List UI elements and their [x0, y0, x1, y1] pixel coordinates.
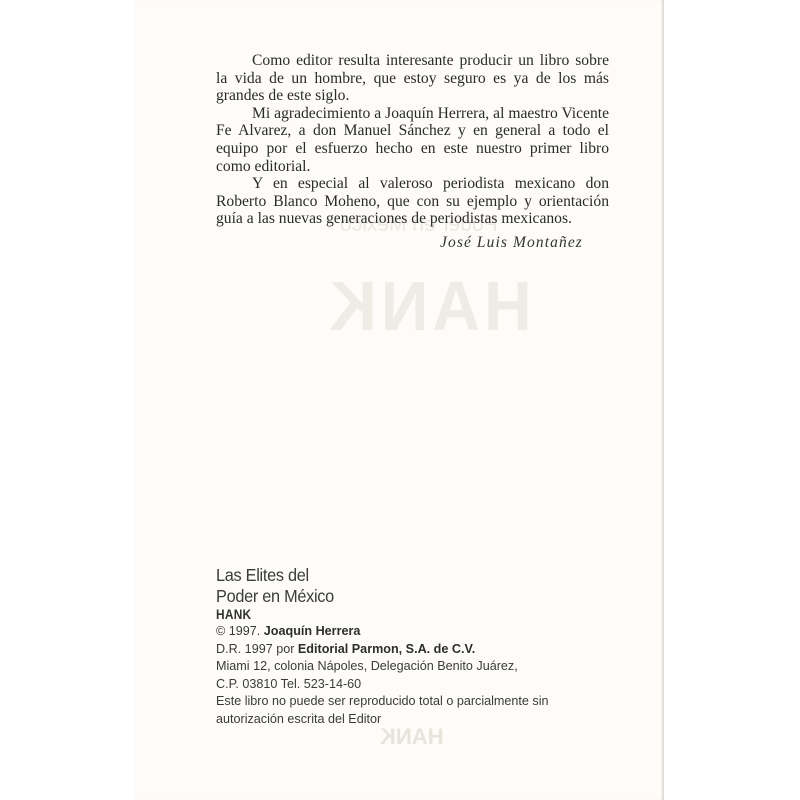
rights-notice-line-1: Este libro no puede ser reproducido tota…: [216, 693, 616, 711]
rights-reserved-line: D.R. 1997 por Editorial Parmon, S.A. de …: [216, 641, 616, 659]
publisher-name: Editorial Parmon, S.A. de C.V.: [298, 642, 475, 656]
copyright-credits: Las Elites del Poder en México HANK © 19…: [216, 565, 616, 728]
foreword-paragraph: Mi agradecimiento a Joaquín Herrera, al …: [216, 105, 609, 175]
book-title-line-2: Poder en México: [216, 586, 588, 607]
copyright-prefix: © 1997.: [216, 624, 264, 638]
foreword-signature: José Luis Montañez: [440, 234, 583, 252]
rights-notice-line-2: autorización escrita del Editor: [216, 711, 616, 729]
copyright-holder: Joaquín Herrera: [264, 624, 361, 638]
foreword: Como editor resulta interesante producir…: [216, 52, 609, 228]
address-line-1: Miami 12, colonia Nápoles, Delegación Be…: [216, 658, 616, 676]
address-line-2: C.P. 03810 Tel. 523-14-60: [216, 676, 616, 694]
foreword-paragraph: Y en especial al valeroso periodista mex…: [216, 175, 609, 228]
book-subject: HANK: [216, 606, 556, 623]
foreword-paragraph: Como editor resulta interesante producir…: [216, 52, 609, 105]
book-title-line-1: Las Elites del: [216, 565, 588, 586]
dr-prefix: D.R. 1997 por: [216, 642, 298, 656]
copyright-line: © 1997. Joaquín Herrera: [216, 623, 616, 641]
